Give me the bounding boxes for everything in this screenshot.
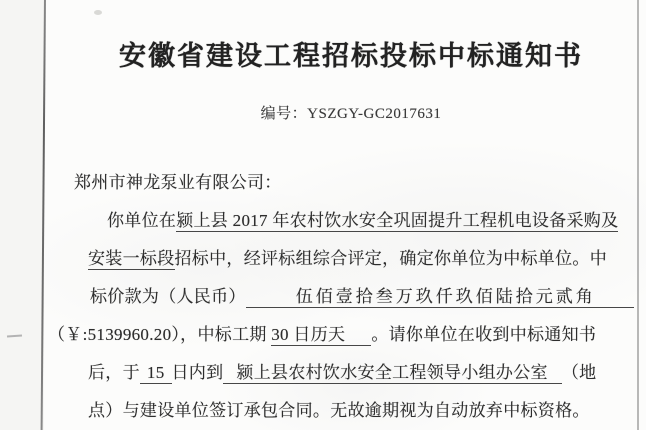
- sign-days-underlined: 15: [140, 363, 172, 384]
- body-line5-pre: 后，于: [88, 363, 140, 382]
- signing-location-underlined: 颍上县农村饮水安全工程领导小组办公室: [223, 363, 561, 384]
- body-line-2: 安装一标段招标中，经评标组综合评定，确定你单位为中标单位。中: [88, 248, 607, 270]
- underline-blank-lead: [246, 290, 294, 308]
- bid-section-underlined: 安装一标段: [88, 249, 175, 270]
- underline-blank-duration: [345, 328, 371, 346]
- body-line-3: 标价款为（人民币）伍佰壹拾叁万玖仟玖佰陆拾元贰角: [90, 286, 634, 308]
- bid-amount-chinese-underlined: 伍佰壹拾叁万玖仟玖佰陆拾元贰角: [294, 287, 598, 308]
- body-line5-post: （地: [562, 363, 597, 382]
- bid-amount-numeric-text: （￥:5139960.20），中标工期: [48, 325, 267, 344]
- underline-blank-trail: [598, 290, 634, 308]
- document-number-value: YSZGY-GC2017631: [307, 106, 441, 122]
- body-line2-rest: 招标中，经评标组综合评定，确定你单位为中标单位。中: [175, 249, 608, 268]
- document-number: 编号：YSZGY-GC2017631: [46, 102, 642, 123]
- page-left-margin: [0, 0, 44, 430]
- recipient-line: 郑州市神龙泵业有限公司：: [74, 172, 282, 194]
- body-line-6: 点）与建设单位签订承包合同。无故逾期视为自动放弃中标资格。: [88, 400, 590, 422]
- document-title: 安徽省建设工程招标投标中标通知书: [46, 34, 642, 73]
- scan-smudge-artifact: [94, 10, 102, 15]
- construction-period-underlined: 30 日历天: [271, 325, 345, 346]
- body-line-5: 后，于15日内到颍上县农村饮水安全工程领导小组办公室（地: [88, 362, 596, 384]
- body-line-4: （￥:5139960.20），中标工期 30 日历天。请你单位在收到中标通知书: [48, 324, 596, 346]
- project-name-underlined: 颍上县 2017 年农村饮水安全巩固提升工程机电设备采购及: [176, 211, 618, 232]
- body-line4-post: 。请你单位在收到中标通知书: [371, 325, 596, 344]
- body-line-1: 你单位在颍上县 2017 年农村饮水安全巩固提升工程机电设备采购及: [107, 210, 618, 232]
- body-line1-pre: 你单位在: [107, 211, 176, 230]
- document-number-label: 编号：: [261, 106, 308, 122]
- body-line5-mid: 日内到: [172, 363, 224, 382]
- body-line3-pre: 标价款为（人民币）: [90, 287, 246, 306]
- scanned-document-page: 安徽省建设工程招标投标中标通知书 编号：YSZGY-GC2017631 郑州市神…: [0, 0, 646, 430]
